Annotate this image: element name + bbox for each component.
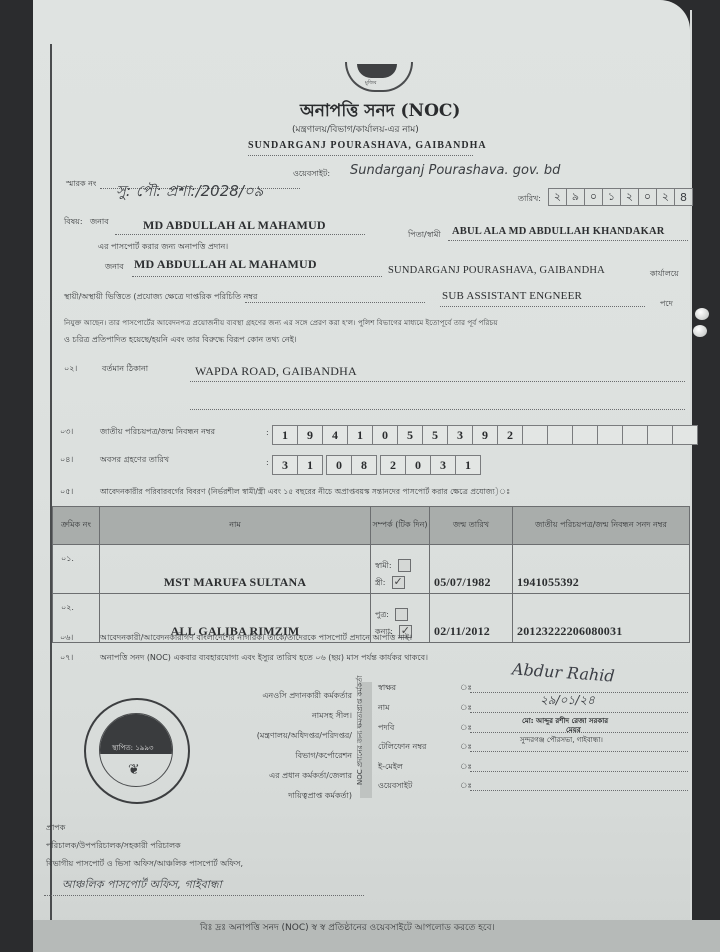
date-digit-box: ২ xyxy=(548,188,567,206)
father-underline xyxy=(448,240,688,241)
stamp-text: NOC প্রদানের জন্য ক্ষমতাপ্রাপ্ত কর্মকর্ত… xyxy=(354,675,366,785)
memo-label: স্মারক নং xyxy=(66,178,96,191)
colon: ঃ xyxy=(460,761,472,774)
address-underline1 xyxy=(190,381,685,382)
field-underline xyxy=(470,712,688,713)
date-digit-box: ১ xyxy=(602,188,621,206)
plant-icon: ❦ xyxy=(128,762,140,778)
date-digit-box: ০ xyxy=(584,188,603,206)
address-underline2 xyxy=(190,409,685,410)
office-suffix: কার্যালয়ে xyxy=(650,268,679,281)
colon: ঃ xyxy=(460,722,472,735)
pin-icon xyxy=(693,325,707,337)
seal-inner: স্থাপিত: ১৯৯৩ ❦ xyxy=(99,713,173,787)
relation-option-2: স্ত্রী: xyxy=(375,578,386,587)
emblem-text: মুজিব xyxy=(365,80,376,88)
retire-month-box: 8 xyxy=(351,455,377,475)
nid-digit-box xyxy=(622,425,648,445)
recipient-office: আঞ্চলিক পাসপোর্ট অফিস, গাইবান্ধা xyxy=(62,876,222,895)
retirement-date-boxes: 31082031 xyxy=(272,455,480,475)
col-dob: জন্ম তারিখ xyxy=(430,507,513,545)
left-border-line xyxy=(50,44,52,952)
relation-option-1: স্বামী: xyxy=(375,561,392,570)
nid-digit-box: 1 xyxy=(272,425,298,445)
retire-day-box: 1 xyxy=(297,455,323,475)
relation-checkbox-1[interactable] xyxy=(398,559,411,572)
dob-cell: 05/07/1982 xyxy=(430,545,513,594)
page-edge xyxy=(690,10,692,952)
retire-day-box: 3 xyxy=(272,455,298,475)
recipient-underline xyxy=(44,895,364,896)
retire-year-box: 1 xyxy=(455,455,481,475)
seal-year: স্থাপিত: ১৯৯৩ xyxy=(112,742,153,754)
officer-label-line: বিভাগ/কর্পোরেশন xyxy=(295,750,352,763)
sign-date: ২৯/০১/২৪ xyxy=(540,692,595,712)
applicant-name: MD ABDULLAH AL MAHAMUD xyxy=(143,218,326,233)
field-label: স্বাক্ষর xyxy=(378,682,396,695)
colon: ঃ xyxy=(460,702,472,715)
nid-digit-box xyxy=(647,425,673,445)
col-name: নাম xyxy=(100,507,371,545)
officer-label-line: দায়িত্বপ্রাপ্ত কর্মকর্তা) xyxy=(288,790,352,803)
current-address: WAPDA ROAD, GAIBANDHA xyxy=(195,364,357,379)
nid-digit-box xyxy=(547,425,573,445)
retire-year-box: 3 xyxy=(430,455,456,475)
recipient-label: প্রাপক xyxy=(46,822,65,835)
col-nid: জাতীয় পরিচয়পত্র/জন্ম নিবন্ধন সনদ নম্বর xyxy=(513,507,690,545)
colon: ঃ xyxy=(460,741,472,754)
field-underline xyxy=(470,751,688,752)
item7-text: অনাপত্তি সনদ (NOC) একবার ব্যবহারযোগ্য এব… xyxy=(100,652,428,665)
relation-cell: স্বামী:স্ত্রী: xyxy=(371,545,430,594)
item7-number: ০৭। xyxy=(60,652,73,665)
date-digit-box: ২ xyxy=(656,188,675,206)
item3-label: জাতীয় পরিচয়পত্র/জন্ম নিবন্ধন নম্বর xyxy=(100,426,215,439)
nid-digit-box: 2 xyxy=(497,425,523,445)
officer-label-line: নামসহ সীল। xyxy=(312,710,352,723)
relation-checkbox-1[interactable] xyxy=(395,608,408,621)
field-underline xyxy=(470,790,688,791)
nid-digit-box xyxy=(672,425,698,445)
designation-suffix: পদে xyxy=(660,298,673,311)
nid-digit-box: 1 xyxy=(347,425,373,445)
employment-type: স্থায়ী/অস্থায়ী ভিত্তিতে (প্রযোজ্য ক্ষে… xyxy=(64,291,257,304)
officer-label-line: এর প্রধান কর্মকর্তা/জেলার xyxy=(269,770,352,783)
colon: ঃ xyxy=(460,682,472,695)
nid-digit-box xyxy=(522,425,548,445)
date-digit-box: ২ xyxy=(620,188,639,206)
nid-digit-box: 3 xyxy=(447,425,473,445)
item4-label: অবসর গ্রহণের তারিখ xyxy=(100,454,169,467)
issue-date-boxes: ২৯০১২০২8 xyxy=(548,188,692,206)
date-label: তারিখ: xyxy=(518,193,541,206)
document-subtitle: (মন্ত্রণালয়/বিভাগ/কার্যালয়-এর নাম) xyxy=(292,122,419,137)
name-underline xyxy=(115,234,365,235)
designation: SUB ASSISTANT ENGNEER xyxy=(442,290,582,302)
member-name: MST MARUFA SULTANA xyxy=(100,545,371,594)
table-header-row: ক্রমিক নং নাম সম্পর্ক (টিক দিন) জন্ম তার… xyxy=(53,507,690,545)
memo-number: সু: পৌ: প্রশা:/2028/০৯ xyxy=(116,180,263,205)
colon: : xyxy=(266,428,269,437)
item6-number: ০৬। xyxy=(60,632,73,645)
officer-office: সুন্দরগঞ্জ পৌরসভা, গাইবান্ধা। xyxy=(520,734,603,746)
nid-digit-box: 5 xyxy=(397,425,423,445)
body-name-underline xyxy=(132,276,382,277)
officer-label-line: এনওসি প্রদানকারী কর্মকর্তার xyxy=(262,690,352,703)
field-label: পদবি xyxy=(378,722,394,735)
nid-cell: 20123222206080031 xyxy=(513,594,690,643)
office-underline xyxy=(248,155,473,156)
nid-boxes: 1941055392 xyxy=(272,425,697,445)
dob-cell: 02/11/2012 xyxy=(430,594,513,643)
item2-label: বর্তমান ঠিকানা xyxy=(102,363,148,376)
pin-icon xyxy=(695,308,709,320)
field-label: নাম xyxy=(378,702,390,715)
nid-digit-box: 4 xyxy=(322,425,348,445)
nid-digit-box xyxy=(597,425,623,445)
designation-underline xyxy=(440,306,645,307)
field-label: ই-মেইল xyxy=(378,761,403,774)
subject-line2: এর পাসপোর্ট করার জন্য অনাপত্তি প্রদান। xyxy=(98,241,228,254)
item3-number: ০৩। xyxy=(60,426,73,439)
body-paragraph-line1: নিযুক্ত আছেন। তার পাসপোর্টের আবেদনপত্র প… xyxy=(64,318,498,330)
retire-year-box: 0 xyxy=(405,455,431,475)
nid-digit-box: 5 xyxy=(422,425,448,445)
col-relation: সম্পর্ক (টিক দিন) xyxy=(371,507,430,545)
relation-checkbox-2[interactable] xyxy=(392,576,405,589)
nid-cell: 1941055392 xyxy=(513,545,690,594)
id-underline xyxy=(245,302,425,303)
mr-label: জনাব xyxy=(90,216,109,229)
retire-year-box: 2 xyxy=(380,455,406,475)
body-paragraph-line2: ও চরিত্র প্রতিপাদিত হয়েছে/হয়নি এবং তার… xyxy=(64,334,297,347)
field-underline xyxy=(470,771,688,772)
item2-number: ০২। xyxy=(64,363,77,376)
table-row: ০১.MST MARUFA SULTANAস্বামী:স্ত্রী:05/07… xyxy=(53,545,690,594)
family-members-table: ক্রমিক নং নাম সম্পর্ক (টিক দিন) জন্ম তার… xyxy=(52,506,690,643)
recipient-line2: বিভাগীয় পাসপোর্ট ও ভিসা অফিস/আঞ্চলিক পা… xyxy=(46,858,243,871)
website-label: ওয়েবসাইট: xyxy=(293,168,330,181)
field-label: টেলিফোন নম্বর xyxy=(378,741,426,754)
father-name: ABUL ALA MD ABDULLAH KHANDAKAR xyxy=(452,226,665,237)
footer-note: বিঃ দ্রঃ অনাপত্তি সনদ (NOC) স্ব স্ব প্রত… xyxy=(200,920,495,935)
subject-label: বিষয়: xyxy=(64,216,83,229)
relation-option-1: পুত্র: xyxy=(375,610,389,619)
serial-cell: ০১. xyxy=(53,545,100,594)
nid-digit-box: 0 xyxy=(372,425,398,445)
date-digit-box: ৯ xyxy=(566,188,585,206)
office-name: SUNDARGANJ POURASHAVA, GAIBANDHA xyxy=(248,140,487,151)
field-label: ওয়েবসাইট xyxy=(378,780,412,793)
item5-label: আবেদনকারীর পরিবারবর্গের বিবরণ (নির্ভরশীল… xyxy=(100,486,510,499)
col-serial: ক্রমিক নং xyxy=(53,507,100,545)
body-applicant-name: MD ABDULLAH AL MAHAMUD xyxy=(134,257,317,272)
colon: ঃ xyxy=(460,780,472,793)
nid-digit-box xyxy=(572,425,598,445)
date-digit-box: ০ xyxy=(638,188,657,206)
item4-number: ০৪। xyxy=(60,454,73,467)
retire-month-box: 0 xyxy=(326,455,352,475)
item5-number: ০৫। xyxy=(60,486,73,499)
website-value: Sundarganj Pourashava. gov. bd xyxy=(350,163,560,178)
body-mr-label: জনাব xyxy=(105,261,124,274)
nid-digit-box: 9 xyxy=(472,425,498,445)
father-label: পিতা/স্বামী xyxy=(408,229,441,242)
colon: : xyxy=(266,458,269,467)
nid-digit-box: 9 xyxy=(297,425,323,445)
date-digit-box: 8 xyxy=(674,188,693,206)
item6-text: আবেদনকারী/আবেদনকারীগণ বাংলাদেশের নাগরিক।… xyxy=(100,632,412,645)
body-office: SUNDARGANJ POURASHAVA, GAIBANDHA xyxy=(388,265,605,276)
officer-label-line: (মন্ত্রণালয়/অধিদপ্তর/পরিদপ্তর/ xyxy=(257,730,352,743)
recipient-line1: পরিচালক/উপপরিচালক/সহকারী পরিচালক xyxy=(46,840,181,853)
